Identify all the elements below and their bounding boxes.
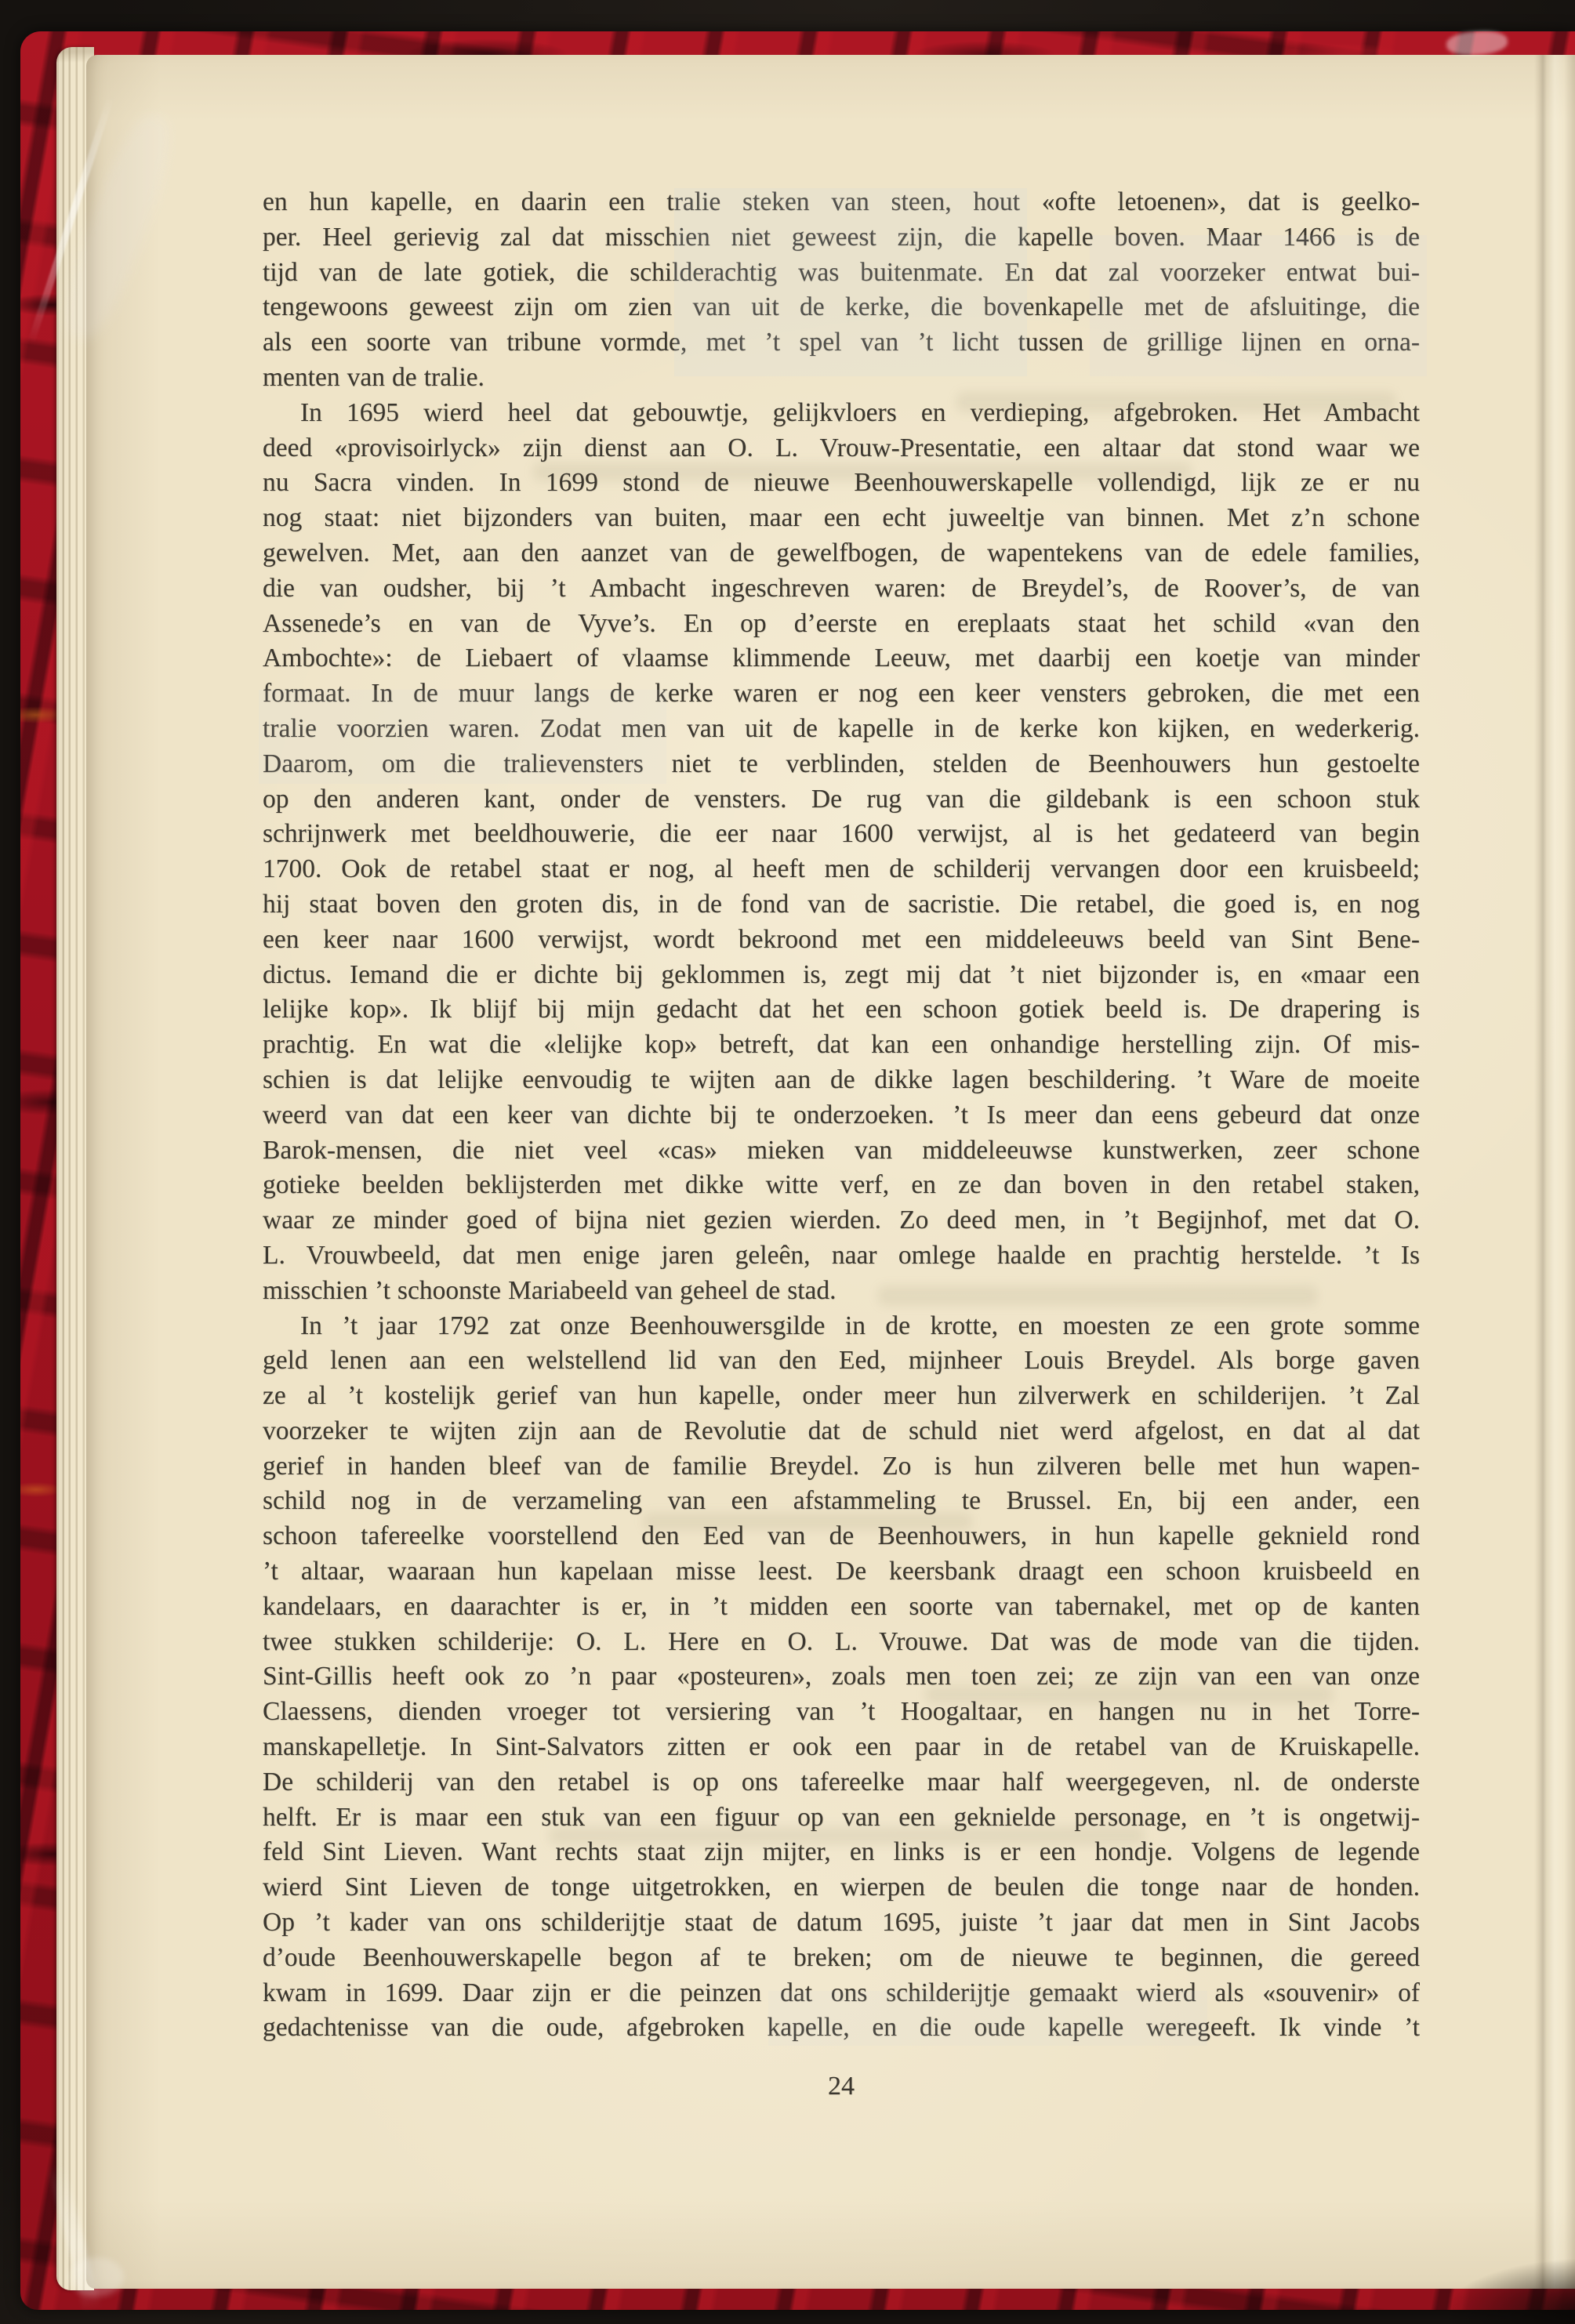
text-line: gotieke beelden beklijsterden met dikke … (263, 1168, 1420, 1203)
text-line: helft. Er is maar een stuk van een figuu… (263, 1800, 1420, 1836)
text-line: dictus. Iemand die er dichte bij geklomm… (263, 958, 1420, 993)
text-line: Barok-mensen, die niet veel «cas» mieken… (263, 1133, 1420, 1169)
text-line: geld lenen aan een welstellend lid van d… (263, 1343, 1420, 1379)
text-line: schien is dat lelijke eenvoudig te wijte… (263, 1063, 1420, 1098)
text-line: deed «provisoirlyck» zijn dienst aan O. … (263, 431, 1420, 466)
text-line: d’oude Beenhouwerskapelle begon af te br… (263, 1941, 1420, 1976)
text-line: feld Sint Lieven. Want rechts staat zijn… (263, 1835, 1420, 1870)
text-line: nu Sacra vinden. In 1699 stond de nieuwe… (263, 466, 1420, 501)
text-line: hij staat boven den groten dis, in de fo… (263, 887, 1420, 923)
gutter-shadow (1534, 55, 1575, 2289)
text-line: In 1695 wierd heel dat gebouwtje, gelijk… (263, 396, 1420, 431)
text-line: gedachtenisse van die oude, afgebroken k… (263, 2010, 1420, 2046)
text-line: Assenede’s en van de Vyve’s. En op d’eer… (263, 607, 1420, 642)
text-line: tralie voorzien waren. Zodat men van uit… (263, 712, 1420, 747)
scanner-bed: en hun kapelle, en daarin een tralie ste… (0, 0, 1575, 2324)
text-line: Claessens, dienden vroeger tot versierin… (263, 1695, 1420, 1730)
text-line: twee stukken schilderije: O. L. Here en … (263, 1625, 1420, 1660)
text-line: schild nog in de verzameling van een afs… (263, 1484, 1420, 1519)
text-line: op den anderen kant, onder de vensters. … (263, 782, 1420, 818)
text-line: kwam in 1699. Daar zijn er die peinzen d… (263, 1976, 1420, 2011)
text-line: wierd Sint Lieven de tonge uitgetrokken,… (263, 1870, 1420, 1905)
text-line: per. Heel gerievig zal dat misschien nie… (263, 220, 1420, 256)
text-line: gewelven. Met, aan den aanzet van de gew… (263, 536, 1420, 571)
text-line: misschien ’t schoonste Mariabeeld van ge… (263, 1274, 1420, 1309)
text-line: schrijnwerk met beeldhouwerie, die eer n… (263, 817, 1420, 852)
page-number: 24 (263, 2069, 1420, 2104)
text-line: prachtig. En wat die «lelijke kop» betre… (263, 1028, 1420, 1063)
text-line: ’t altaar, waaraan hun kapelaan misse le… (263, 1554, 1420, 1590)
text-line: kandelaars, en daarachter is er, in ’t m… (263, 1590, 1420, 1625)
text-line: waar ze minder goed of bijna niet gezien… (263, 1203, 1420, 1238)
text-line: als een soorte van tribune vormde, met ’… (263, 325, 1420, 361)
text-line: L. Vrouwbeeld, dat men enige jaren geleê… (263, 1238, 1420, 1274)
text-line: gerief in handen bleef van de familie Br… (263, 1449, 1420, 1485)
text-line: Daarom, om die tralievensters niet te ve… (263, 747, 1420, 782)
text-line: Op ’t kader van ons schilderijtje staat … (263, 1905, 1420, 1941)
text-line: ze al ’t kostelijk gerief van hun kapell… (263, 1379, 1420, 1414)
text-line: Ambochte»: de Liebaert of vlaamse klimme… (263, 641, 1420, 676)
text-line: weerd van dat een keer van dichte bij te… (263, 1098, 1420, 1133)
text-line: tijd van de late gotiek, die schilderach… (263, 256, 1420, 291)
book-page: en hun kapelle, en daarin een tralie ste… (86, 55, 1575, 2289)
text-line: die van oudsher, bij ’t Ambacht ingeschr… (263, 571, 1420, 607)
text-line: nog staat: niet bijzonders van buiten, m… (263, 501, 1420, 536)
text-line: 1700. Ook de retabel staat er nog, al he… (263, 852, 1420, 887)
text-line: en hun kapelle, en daarin een tralie ste… (263, 185, 1420, 220)
page-text: en hun kapelle, en daarin een tralie ste… (263, 185, 1420, 2046)
text-line: In ’t jaar 1792 zat onze Beenhouwersgild… (263, 1309, 1420, 1344)
text-line: menten van de tralie. (263, 361, 1420, 396)
text-line: manskapelletje. In Sint-Salvators zitten… (263, 1730, 1420, 1765)
text-line: voorzeker te wijten zijn aan de Revoluti… (263, 1414, 1420, 1449)
text-line: De schilderij van den retabel is op ons … (263, 1765, 1420, 1800)
text-line: schoon tafereelke voorstellend den Eed v… (263, 1519, 1420, 1554)
text-line: lelijke kop». Ik blijf bij mijn gedacht … (263, 992, 1420, 1028)
text-line: tengewoons geweest zijn om zien van uit … (263, 290, 1420, 325)
text-line: een keer naar 1600 verwijst, wordt bekro… (263, 923, 1420, 958)
text-line: formaat. In de muur langs de kerke waren… (263, 676, 1420, 712)
text-line: Sint-Gillis heeft ook zo ’n paar «posteu… (263, 1659, 1420, 1695)
